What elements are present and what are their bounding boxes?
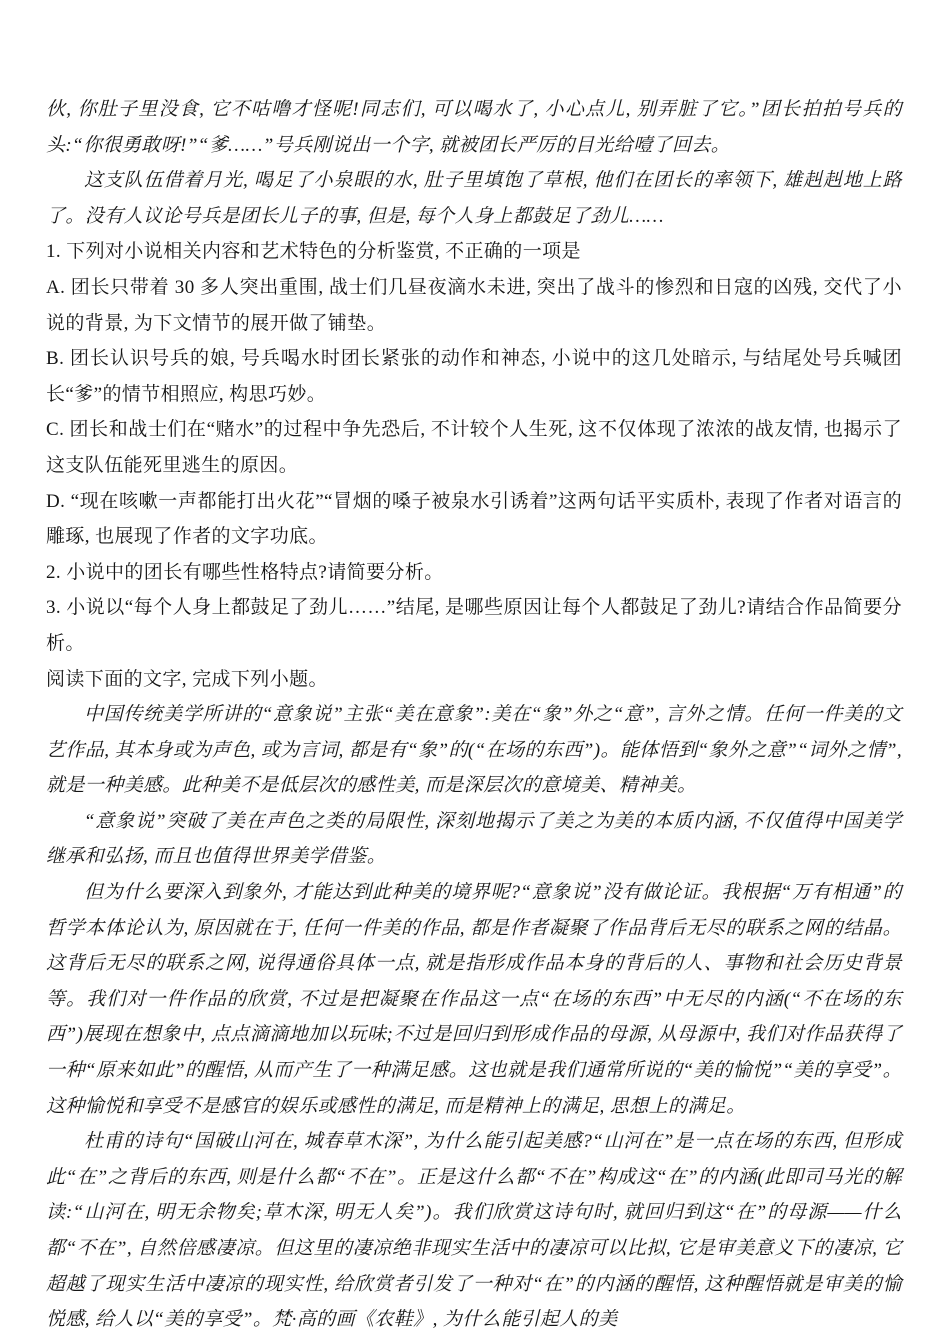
- passage2-paragraph-3: 但为什么要深入到象外, 才能达到此种美的境界呢?“意象说”没有做论证。我根据“万…: [46, 875, 902, 1124]
- passage1-continuation-line: 伙, 你肚子里没食, 它不咕噜才怪呢!同志们, 可以喝水了, 小心点儿, 别弄脏…: [46, 92, 902, 163]
- question-2: 2. 小说中的团长有哪些性格特点?请简要分析。: [46, 555, 902, 591]
- exam-document-page: 伙, 你肚子里没食, 它不咕噜才怪呢!同志们, 可以喝水了, 小心点儿, 别弄脏…: [0, 0, 950, 1344]
- question-3: 3. 小说以“每个人身上都鼓足了劲儿……”结尾, 是哪些原因让每个人都鼓足了劲儿…: [46, 590, 902, 661]
- passage2-paragraph-1: 中国传统美学所讲的“意象说”主张“美在意象”:美在“象”外之“意”, 言外之情。…: [46, 697, 902, 804]
- question-1-option-a: A. 团长只带着 30 多人突出重围, 战士们几昼夜滴水未进, 突出了战斗的惨烈…: [46, 270, 902, 341]
- passage2-paragraph-2: “意象说”突破了美在声色之类的局限性, 深刻地揭示了美之为美的本质内涵, 不仅值…: [46, 804, 902, 875]
- reading-instruction: 阅读下面的文字, 完成下列小题。: [46, 662, 902, 698]
- passage1-final-paragraph: 这支队伍借着月光, 喝足了小泉眼的水, 肚子里填饱了草根, 他们在团长的率领下,…: [46, 163, 902, 234]
- question-1-option-c: C. 团长和战士们在“赌水”的过程中争先恐后, 不计较个人生死, 这不仅体现了浓…: [46, 412, 902, 483]
- question-1-option-d: D. “现在咳嗽一声都能打出火花”“冒烟的嗓子被泉水引诱着”这两句话平实质朴, …: [46, 484, 902, 555]
- question-1-option-b: B. 团长认识号兵的娘, 号兵喝水时团长紧张的动作和神态, 小说中的这几处暗示,…: [46, 341, 902, 412]
- passage2-paragraph-4: 杜甫的诗句“国破山河在, 城春草木深”, 为什么能引起美感?“山河在”是一点在场…: [46, 1124, 902, 1338]
- question-1: 1. 下列对小说相关内容和艺术特色的分析鉴赏, 不正确的一项是: [46, 234, 902, 270]
